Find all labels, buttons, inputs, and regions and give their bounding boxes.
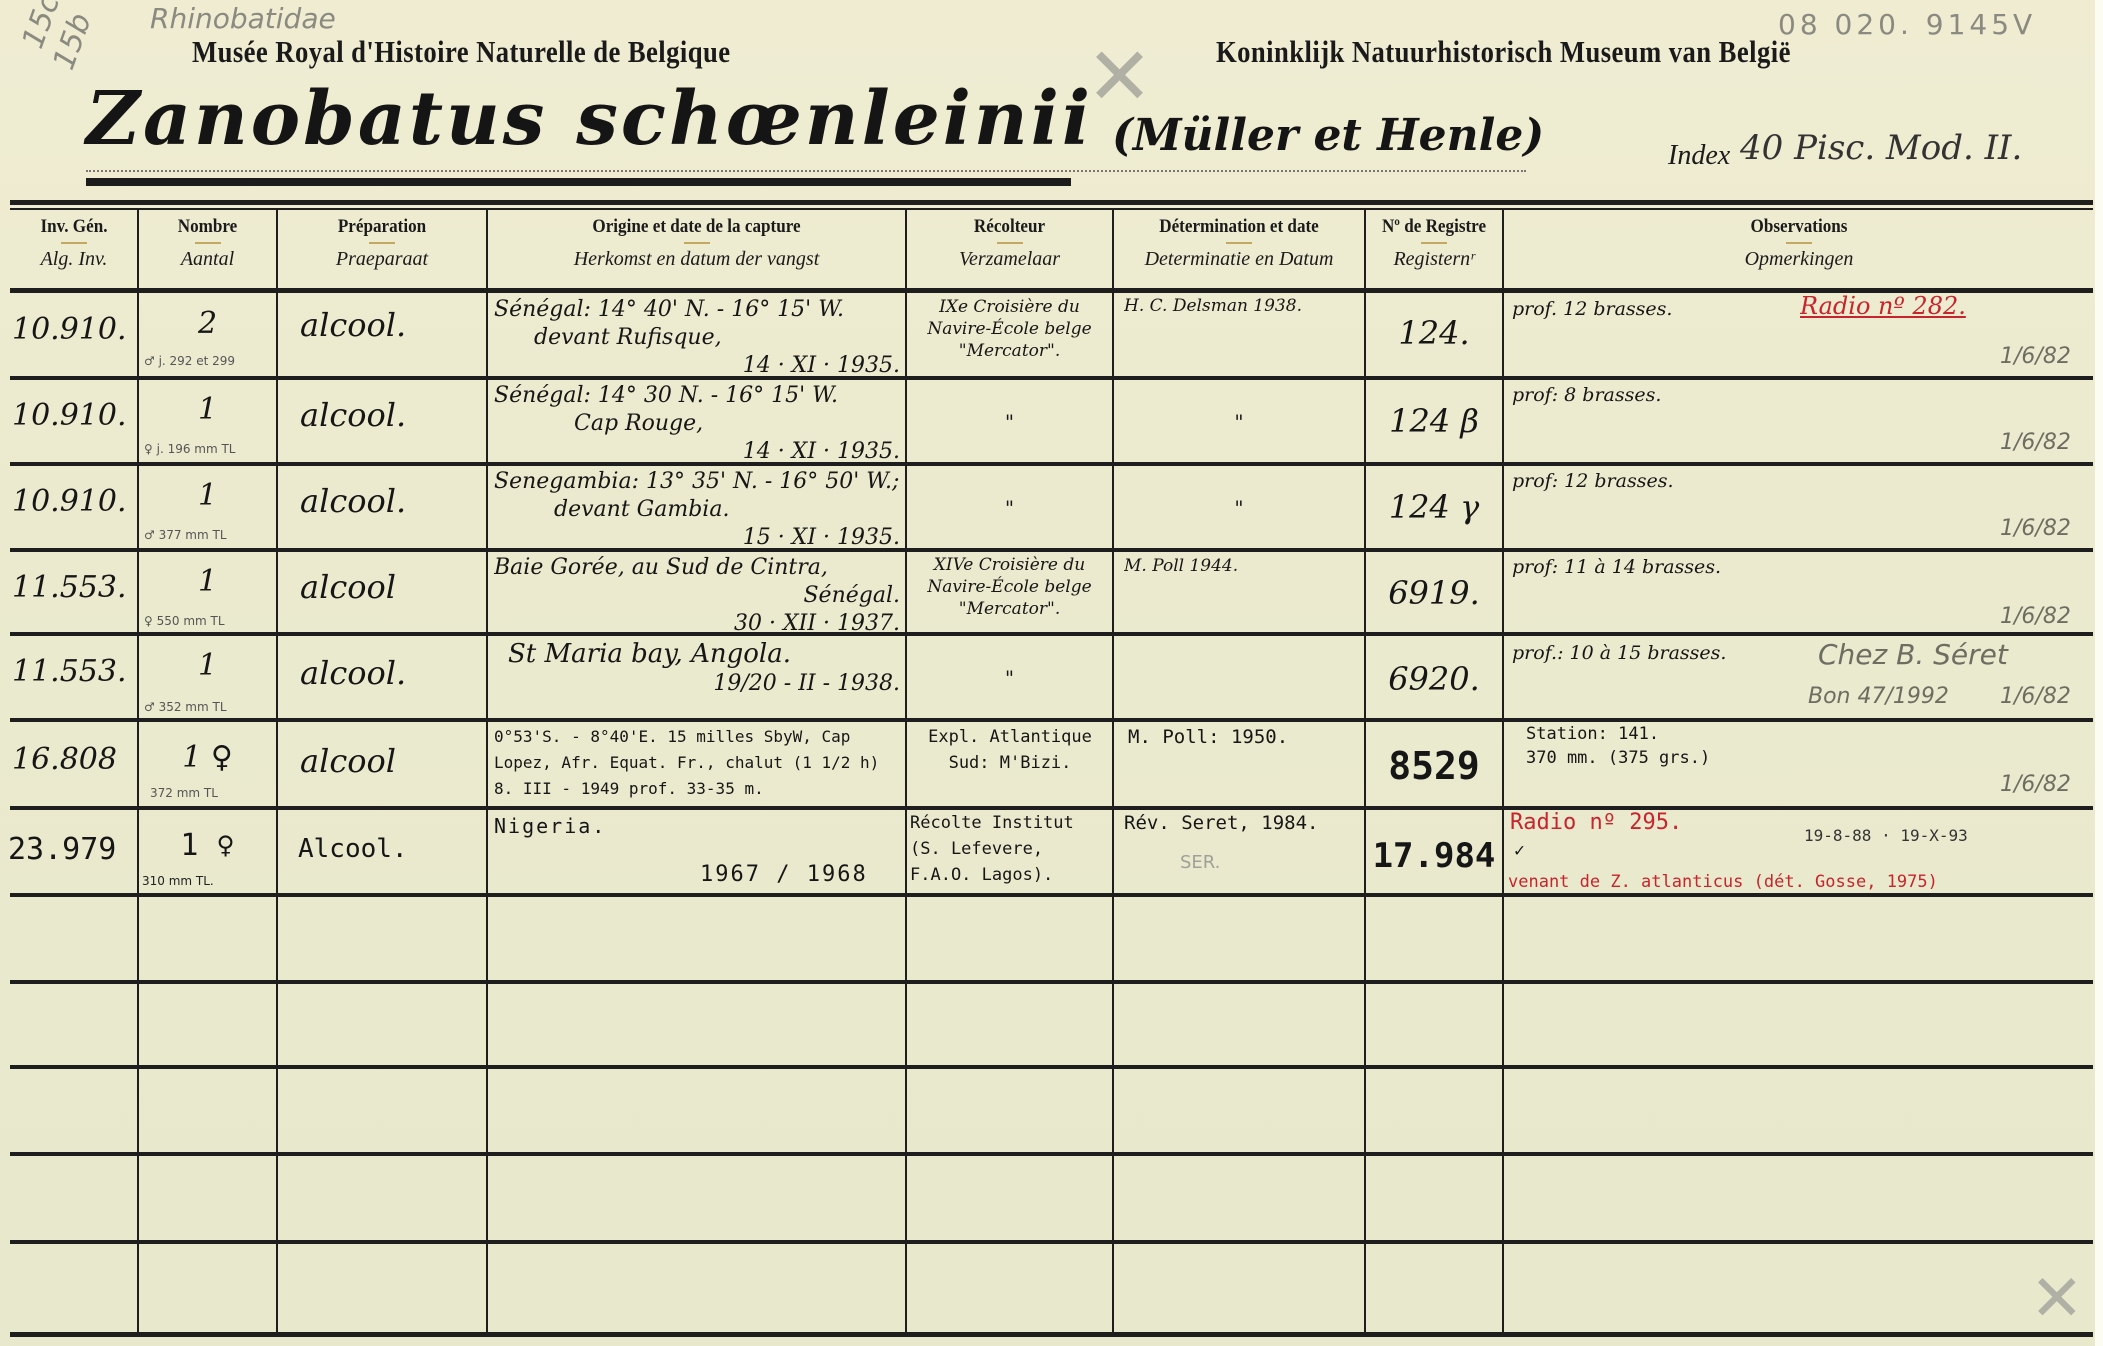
count-note: ♀ 550 mm TL	[144, 614, 225, 628]
row-rule	[10, 718, 2093, 722]
preparation: alcool	[300, 742, 396, 780]
specimen-catalog-card: 15c 15b Rhinobatidae 08 020. 9145V ✕ Mus…	[0, 0, 2103, 1346]
row-rule	[10, 893, 2093, 897]
collector: "	[907, 496, 1112, 520]
determination: M. Poll: 1950.	[1128, 726, 1288, 748]
table-top-rule-thin	[10, 208, 2093, 210]
table-top-rule	[10, 200, 2093, 205]
row-rule	[10, 1152, 2093, 1156]
loan-note: Chez B. Séret	[1818, 638, 2008, 671]
determination: "	[1114, 410, 1364, 434]
check-date: 1/6/82	[2000, 430, 2071, 455]
column-header-preparation: PréparationPraeparaat	[278, 216, 486, 288]
inv-number: 10.910.	[12, 398, 127, 433]
preparation: alcool.	[300, 482, 406, 520]
check-date: 1/6/82	[2000, 772, 2071, 797]
column-header-determination: Détermination et dateDeterminatie en Dat…	[1114, 216, 1364, 288]
radio-note: Radio nº 282.	[1800, 292, 1966, 320]
specimen-count: 1 ♀	[139, 740, 276, 775]
origin: Sénégal: 14° 30 N. - 16° 15' W. Cap Roug…	[494, 382, 900, 466]
column-header-register: Nº de RegistreRegisternʳ	[1366, 216, 1502, 288]
card-edge	[2095, 0, 2103, 1346]
count-note: ♂ 352 mm TL	[144, 700, 227, 714]
determination: M. Poll 1944.	[1124, 556, 1238, 576]
index-value: 40 Pisc. Mod. II.	[1740, 128, 2022, 168]
row-rule	[10, 548, 2093, 552]
collector: "	[907, 410, 1112, 434]
species-name: Zanobatus schœnleinii	[86, 76, 1093, 162]
column-header-count: NombreAantal	[139, 216, 276, 288]
register-number: 124.	[1366, 314, 1502, 352]
origin: 0°53'S. - 8°40'E. 15 milles SbyW, Cap Lo…	[494, 724, 904, 802]
count-note: ♀ j. 196 mm TL	[144, 442, 236, 456]
check-date: 1/6/82	[2000, 604, 2071, 629]
register-number: 6919.	[1366, 574, 1502, 612]
collector: "	[907, 666, 1112, 690]
column-divider	[486, 210, 488, 1332]
inv-number: 11.553.	[12, 570, 127, 605]
dotted-rule	[86, 170, 1526, 172]
observation: prof: 12 brasses.	[1512, 470, 1673, 492]
collector: Expl. Atlantique Sud: M'Bizi.	[910, 724, 1110, 776]
preparation: alcool.	[300, 306, 406, 344]
observation: prof: 8 brasses.	[1512, 384, 1661, 406]
species-author: (Müller et Henle)	[1112, 110, 1544, 161]
check-date: 1/6/82	[2000, 516, 2071, 541]
count-note: ♂ 377 mm TL	[144, 528, 227, 542]
register-number: 124 β	[1366, 402, 1502, 440]
inv-number: 10.910.	[12, 484, 127, 519]
collector: XIVe Croisière du Navire-École belge "Me…	[907, 554, 1112, 620]
row-rule	[10, 462, 2093, 466]
column-divider	[1502, 210, 1504, 1332]
row-rule	[10, 1240, 2093, 1244]
origin: St Maria bay, Angola. 19/20 - II - 1938.	[494, 640, 900, 698]
column-header-observations: ObservationsOpmerkingen	[1504, 216, 2094, 288]
column-header-collector: RécolteurVerzamelaar	[907, 216, 1112, 288]
determination: H. C. Delsman 1938.	[1124, 296, 1302, 316]
preparation: alcool	[300, 568, 396, 606]
check-date: 1/6/82	[2000, 344, 2071, 369]
observation: prof: 11 à 14 brasses.	[1512, 556, 1721, 578]
check-date: 1/6/82	[2000, 684, 2071, 709]
row-rule	[10, 980, 2093, 984]
check-mark: ✓	[1514, 840, 1525, 861]
count-note: ♂ j. 292 et 299	[144, 354, 235, 368]
pencil-cross-mark: ✕	[2030, 1262, 2084, 1336]
institution-name-fr: Musée Royal d'Histoire Naturelle de Belg…	[192, 34, 731, 70]
loan-note-2: Bon 47/1992	[1808, 684, 1949, 709]
index-label: Index	[1668, 140, 1730, 172]
preparation: alcool.	[300, 654, 406, 692]
determination-stamp: SER.	[1180, 852, 1220, 873]
preparation: Alcool.	[298, 834, 408, 864]
count-note: 310 mm TL.	[142, 874, 214, 888]
register-number: 124 γ	[1366, 488, 1502, 526]
specimen-count: 2	[139, 306, 276, 341]
specimen-count: 1	[139, 392, 276, 427]
register-number: 17.984	[1366, 836, 1502, 876]
observation: prof. 12 brasses.	[1512, 298, 1672, 320]
register-number: 8529	[1366, 744, 1502, 788]
preparation: alcool.	[300, 396, 406, 434]
inv-number: 16.808	[12, 742, 117, 777]
collector: IXe Croisière du Navire-École belge "Mer…	[907, 296, 1112, 362]
table-bottom-rule	[10, 1332, 2093, 1337]
specimen-count: 1 ♀	[139, 828, 276, 863]
count-note: 372 mm TL	[150, 786, 218, 800]
radio-note: Radio nº 295.	[1510, 810, 1682, 835]
check-dates: 19-8-88 · 19-X-93	[1804, 826, 1968, 845]
header-bottom-rule	[10, 288, 2093, 293]
specimen-count: 1	[139, 648, 276, 683]
species-underline	[86, 178, 1071, 186]
catalog-number: 08 020. 9145V	[1778, 8, 2036, 41]
row-rule	[10, 1065, 2093, 1069]
determination: Rév. Seret, 1984.	[1124, 812, 1318, 834]
row-rule	[10, 632, 2093, 636]
column-header-inv: Inv. Gén.Alg. Inv.	[12, 216, 136, 288]
column-divider	[276, 210, 278, 1332]
origin-date: 1967 / 1968	[700, 862, 868, 887]
inv-number: 23.979	[8, 832, 116, 867]
collector: Récolte Institut (S. Lefevere, F.A.O. La…	[910, 810, 1110, 888]
observation: Station: 141.	[1526, 724, 1659, 744]
specimen-count: 1	[139, 564, 276, 599]
specimen-count: 1	[139, 478, 276, 513]
column-divider	[1112, 210, 1114, 1332]
origin: Baie Gorée, au Sud de Cintra, Sénégal. 3…	[494, 554, 900, 638]
inv-number: 11.553.	[12, 654, 127, 689]
column-divider	[905, 210, 907, 1332]
origin: Nigeria.	[494, 814, 606, 838]
register-number: 6920.	[1366, 660, 1502, 698]
family-note: Rhinobatidae	[150, 2, 336, 35]
column-header-origin: Origine et date de la captureHerkomst en…	[488, 216, 905, 288]
observation-2: 370 mm. (375 grs.)	[1526, 748, 1710, 768]
determination: "	[1114, 496, 1364, 520]
origin: Senegambia: 13° 35' N. - 16° 50' W.; dev…	[494, 468, 900, 552]
observation: prof.: 10 à 15 brasses.	[1512, 642, 1726, 664]
row-rule	[10, 376, 2093, 380]
origin: Sénégal: 14° 40' N. - 16° 15' W. devant …	[494, 296, 900, 380]
institution-name-nl: Koninklijk Natuurhistorisch Museum van B…	[1216, 34, 1791, 70]
origin-note-red: venant de Z. atlanticus (dét. Gosse, 197…	[1508, 872, 1938, 892]
inv-number: 10.910.	[12, 312, 127, 347]
